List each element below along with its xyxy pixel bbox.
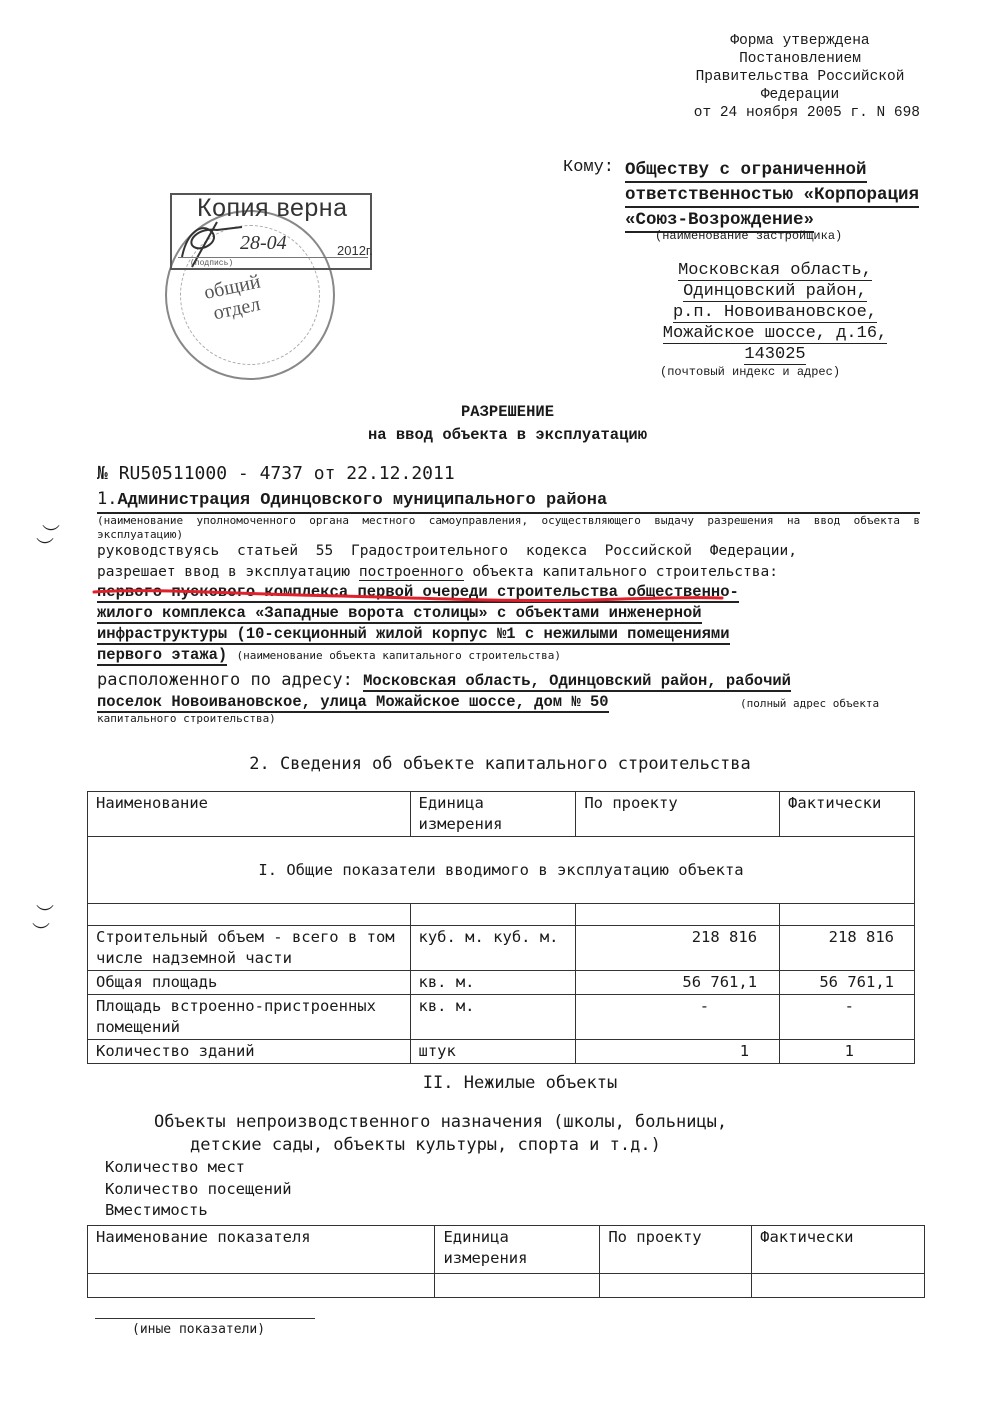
nonresidential-table: Наименование показателя Единица измерени…: [87, 1225, 925, 1298]
table-header-row: Наименование Единица измерения По проект…: [88, 792, 915, 837]
object-address-line: поселок Новоивановское, улица Можайское …: [97, 693, 609, 711]
table-header-cell: По проекту: [600, 1226, 752, 1274]
metric-label: Количество мест: [105, 1158, 245, 1176]
recipient-address-line: 143025: [744, 345, 805, 365]
table-header-cell: Фактически: [780, 792, 915, 837]
metric-label: Количество посещений: [105, 1180, 292, 1198]
form-approved-line: Правительства Российской: [640, 68, 960, 86]
stamp-date: 28-04: [240, 232, 287, 255]
permit-number: № RU50511000 - 4737 от 22.12.2011: [97, 463, 455, 484]
nonprod-objects-line: Объекты непроизводственного назначения (…: [154, 1112, 727, 1132]
binder-mark-icon: ︶: [36, 533, 54, 559]
table-cell: кв. м.: [410, 971, 576, 995]
number-prefix: №: [97, 463, 108, 484]
stamp-year: 2012г.: [337, 243, 373, 258]
table-cell: штук: [410, 1040, 576, 1064]
table-cell: Площадь встроенно-пристроенных помещений: [88, 995, 411, 1040]
table-header-cell: Фактически: [752, 1226, 925, 1274]
recipient-name: Обществу с ограниченной ответственностью…: [625, 158, 965, 233]
metric-label: Вместимость: [105, 1201, 208, 1219]
object-name-line: первого этажа) (наименование объекта кап…: [97, 646, 561, 664]
form-approved-line: от 24 ноября 2005 г. N 698: [640, 104, 960, 122]
object-address-hint: (полный адрес объекта: [740, 697, 879, 710]
form-approved-block: Форма утверждена Постановлением Правител…: [640, 32, 960, 122]
recipient-name-hint: (наименование застройщика): [655, 229, 842, 243]
object-name-line: жилого комплекса «Западные ворота столиц…: [97, 604, 702, 622]
table-row: [88, 904, 915, 926]
red-highlight-underline: [92, 580, 732, 606]
table-header-cell: Единица измерения: [410, 792, 576, 837]
form-approved-line: Форма утверждена: [640, 32, 960, 50]
recipient-address-line: Одинцовский район,: [683, 282, 867, 302]
table-cell: [752, 1274, 925, 1298]
table-row: Общая площадь кв. м. 56 761,1 56 761,1: [88, 971, 915, 995]
object-address-text: поселок Новоивановское, улица Можайское …: [97, 693, 609, 713]
object-address-line: расположенного по адресу: Московская обл…: [97, 670, 791, 690]
table-header-cell: По проекту: [576, 792, 780, 837]
recipient-name-line: ответственностью «Корпорация: [625, 185, 919, 208]
table-cell: кв. м.: [410, 995, 576, 1040]
table-cell: 1: [780, 1040, 915, 1064]
object-address-text: Московская область, Одинцовский район, р…: [363, 672, 791, 692]
document-subtitle: на ввод объекта в эксплуатацию: [0, 426, 1000, 444]
issuer-index: 1.: [97, 489, 117, 509]
table-cell: [600, 1274, 752, 1298]
recipient-name-line: Обществу с ограниченной: [625, 160, 867, 183]
table-header-cell: Наименование: [88, 792, 411, 837]
issuer-name: Администрация Одинцовского муниципальног…: [117, 491, 607, 510]
issuer-hint: (наименование уполномоченного органа мес…: [97, 514, 920, 542]
body-text: разрешает ввод в эксплуатацию: [97, 564, 359, 580]
nonprod-objects-line: детские сады, объекты культуры, спорта и…: [190, 1135, 661, 1155]
table-cell: 218 816: [576, 926, 780, 971]
recipient-address-line: Московская область,: [678, 261, 872, 281]
document-title: РАЗРЕШЕНИЕ: [0, 403, 1000, 421]
table-cell: [410, 904, 576, 926]
other-metrics-line: [95, 1318, 315, 1319]
table-cell: [88, 1274, 435, 1298]
body-text-line: руководствуясь статьей 55 Градостроитель…: [97, 543, 917, 559]
table-group-row: I. Общие показатели вводимого в эксплуат…: [88, 837, 915, 904]
form-approved-line: Постановлением: [640, 50, 960, 68]
object-name-text: инфраструктуры (10-секционный жилой корп…: [97, 625, 730, 645]
object-name-text: жилого комплекса «Западные ворота столиц…: [97, 604, 702, 624]
table-row: Строительный объем - всего в том числе н…: [88, 926, 915, 971]
table-cell: Строительный объем - всего в том числе н…: [88, 926, 411, 971]
recipient-address: Московская область, Одинцовский район, р…: [620, 260, 930, 365]
recipient-address-line: р.п. Новоивановское,: [673, 303, 877, 323]
recipient-label: Кому:: [563, 158, 614, 177]
section-II-title: II. Нежилые объекты: [0, 1073, 1000, 1093]
table-cell: [88, 904, 411, 926]
table-cell: [576, 904, 780, 926]
stamp-signature-hint: (подпись): [190, 259, 233, 268]
table-cell: [435, 1274, 600, 1298]
table-cell: куб. м. куб. м.: [410, 926, 576, 971]
recipient-address-hint: (почтовый индекс и адрес): [660, 365, 840, 379]
recipient-address-line: Можайское шоссе, д.16,: [663, 324, 887, 344]
permit-date: 22.12.2011: [346, 463, 454, 484]
table-cell: -: [576, 995, 780, 1040]
table-row: Площадь встроенно-пристроенных помещений…: [88, 995, 915, 1040]
table-row: [88, 1274, 925, 1298]
table-cell: [780, 904, 915, 926]
object-address-label: расположенного по адресу:: [97, 670, 363, 690]
table-cell: 56 761,1: [780, 971, 915, 995]
table-cell: Общая площадь: [88, 971, 411, 995]
table-row: Количество зданий штук 1 1: [88, 1040, 915, 1064]
date-prefix: от: [314, 463, 336, 484]
table-cell: 218 816: [780, 926, 915, 971]
body-text: объекта капитального строительства:: [464, 564, 778, 580]
table-cell: Количество зданий: [88, 1040, 411, 1064]
table-header-cell: Единица измерения: [435, 1226, 600, 1274]
table-header-row: Наименование показателя Единица измерени…: [88, 1226, 925, 1274]
object-info-table: Наименование Единица измерения По проект…: [87, 791, 915, 1064]
number-value: RU50511000 - 4737: [119, 463, 303, 484]
other-metrics-hint: (иные показатели): [132, 1322, 265, 1337]
object-name-hint: (наименование объекта капитального строи…: [237, 649, 562, 662]
table-group-title: I. Общие показатели вводимого в эксплуат…: [88, 837, 915, 904]
table-cell: -: [780, 995, 915, 1040]
form-approved-line: Федерации: [640, 86, 960, 104]
stamp-signature-line: [178, 257, 368, 258]
table-header-cell: Наименование показателя: [88, 1226, 435, 1274]
object-name-text: первого этажа): [97, 646, 227, 666]
issuing-authority: 1.Администрация Одинцовского муниципальн…: [97, 489, 920, 514]
body-text-underlined: построенного: [359, 564, 464, 581]
object-name-line: инфраструктуры (10-секционный жилой корп…: [97, 625, 730, 643]
table-cell: 56 761,1: [576, 971, 780, 995]
object-address-hint: капитального строительства): [97, 712, 276, 725]
table-cell: 1: [576, 1040, 780, 1064]
binder-mark-icon: ︶: [32, 918, 50, 944]
section-2-title: 2. Сведения об объекте капитального стро…: [0, 754, 1000, 774]
body-text-line: разрешает ввод в эксплуатацию построенно…: [97, 564, 917, 580]
